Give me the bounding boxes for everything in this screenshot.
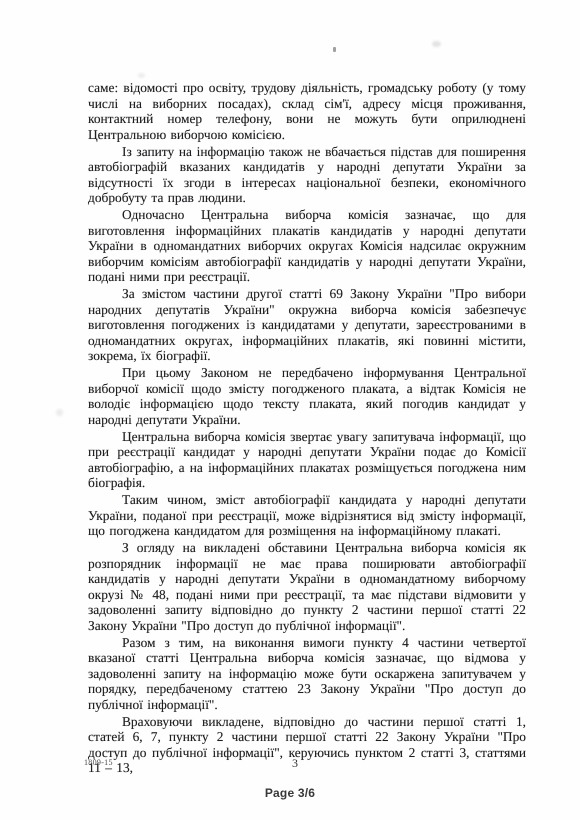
- paragraph: Таким чином, зміст автобіографії кандида…: [88, 492, 526, 539]
- page-indicator: Page 3/6: [265, 786, 315, 800]
- paragraph: Центральна виборча комісія звертає увагу…: [88, 429, 526, 491]
- paragraph: З огляду на викладені обставини Централь…: [88, 540, 526, 633]
- paragraph: Із запиту на інформацію також не вбачаєт…: [88, 144, 526, 206]
- document-viewer: саме: відомості про освіту, трудову діял…: [0, 0, 580, 820]
- scan-artifact: [333, 47, 336, 52]
- paragraph: Разом з тим, на виконання вимоги пункту …: [88, 635, 526, 713]
- viewer-footer: Page 3/6: [0, 784, 580, 802]
- document-body: саме: відомості про освіту, трудову діял…: [88, 80, 526, 777]
- paragraph: При цьому Законом не передбачено інформу…: [88, 365, 526, 427]
- scan-artifact: [138, 73, 145, 78]
- scan-artifact: [432, 41, 441, 47]
- document-page-number: 3: [0, 756, 580, 771]
- paragraph: Одночасно Центральна виборча комісія заз…: [88, 207, 526, 285]
- paragraph: саме: відомості про освіту, трудову діял…: [88, 80, 526, 142]
- scanned-page: саме: відомості про освіту, трудову діял…: [0, 0, 580, 820]
- document-footer: 1809-15 3: [0, 756, 580, 776]
- scan-artifact: [56, 409, 63, 416]
- paragraph: За змістом частини другої статті 69 Зако…: [88, 286, 526, 364]
